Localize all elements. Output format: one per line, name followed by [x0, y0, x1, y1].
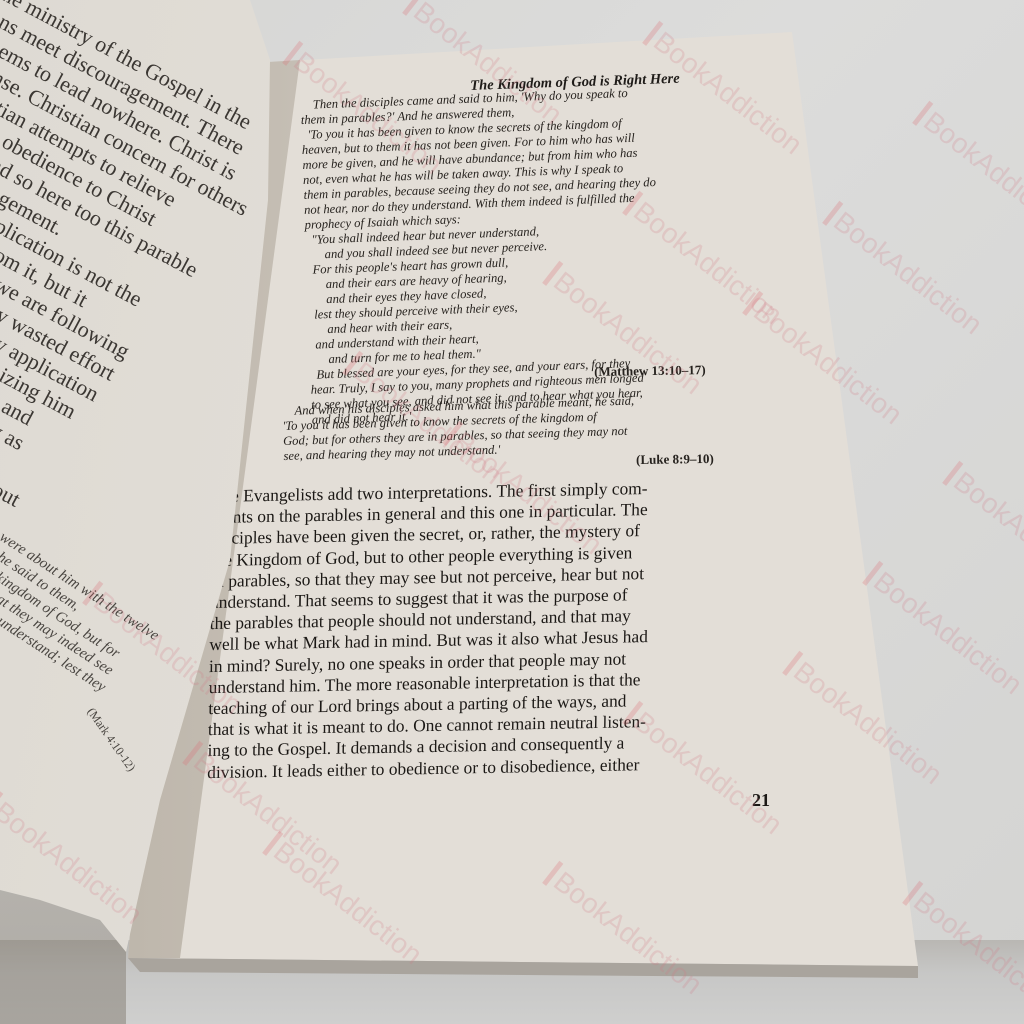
watermark: BookAddiction: [740, 290, 908, 431]
watermark: BookAddiction: [780, 650, 948, 791]
watermark: BookAddiction: [910, 100, 1024, 241]
scripture-quote-luke: And when his disciples asked him what th…: [282, 394, 636, 464]
watermark: BookAddiction: [860, 560, 1024, 701]
page-number: 21: [752, 790, 770, 811]
body-paragraph: The Evangelists add two interpretations.…: [207, 478, 650, 783]
watermark: BookAddiction: [640, 20, 808, 161]
table-surface: [0, 940, 1024, 1024]
citation-matthew: (Matthew 13:10–17): [594, 362, 706, 380]
watermark: BookAddiction: [940, 460, 1024, 601]
citation-luke: (Luke 8:9–10): [636, 451, 714, 468]
watermark: BookAddiction: [820, 200, 988, 341]
